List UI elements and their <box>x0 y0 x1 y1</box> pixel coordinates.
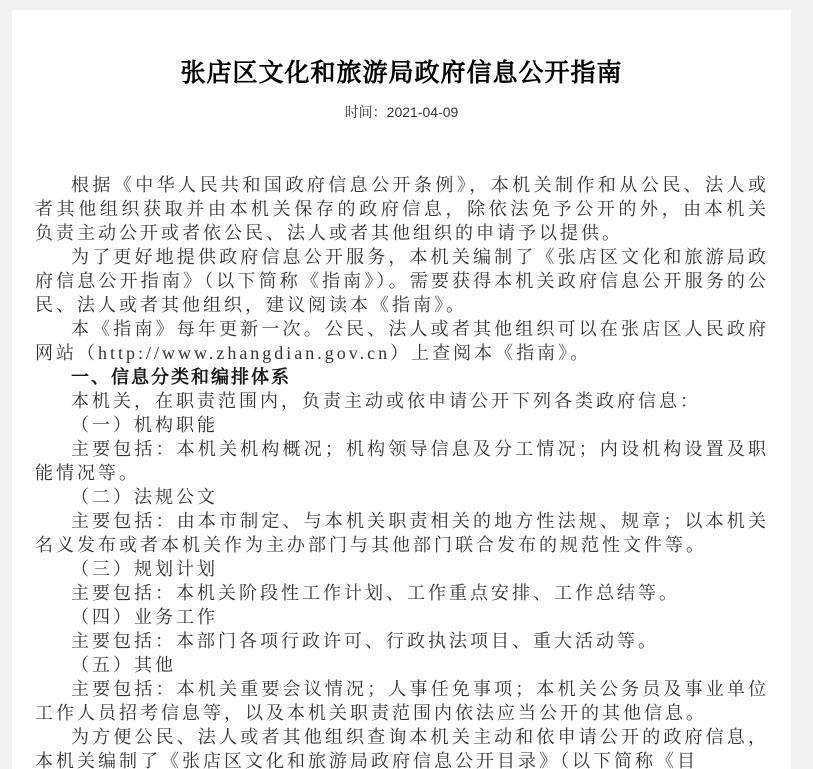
article-paragraph: 根据《中华人民共和国政府信息公开条例》，本机关制作和从公民、法人或者其他组织获取… <box>35 173 769 245</box>
section-heading-classification: 一、信息分类和编排体系 <box>35 365 769 389</box>
article-paragraph: 主要包括：本机关重要会议情况；人事任免事项；本机关公务员及事业单位工作人员招考信… <box>35 677 769 725</box>
article-paragraph: 主要包括：本部门各项行政许可、行政执法项目、重大活动等。 <box>35 629 769 653</box>
page-title: 张店区文化和旅游局政府信息公开指南 <box>12 10 791 87</box>
article-paragraph: 为了更好地提供政府信息公开服务，本机关编制了《张店区文化和旅游局政府信息公开指南… <box>35 245 769 317</box>
page-background: { "header": { "title": "张店区文化和旅游局政府信息公开指… <box>0 0 813 769</box>
article-paragraph: 主要包括：本机关机构概况；机构领导信息及分工情况；内设机构设置及职能情况等。 <box>35 437 769 485</box>
article-paragraph: （二）法规公文 <box>35 485 769 509</box>
article-body: 根据《中华人民共和国政府信息公开条例》，本机关制作和从公民、法人或者其他组织获取… <box>12 173 791 769</box>
article-paragraph: （五）其他 <box>35 653 769 677</box>
article-paragraph: 主要包括：由本市制定、与本机关职责相关的地方性法规、规章；以本机关名义发布或者本… <box>35 509 769 557</box>
article-paragraph: 主要包括：本机关阶段性工作计划、工作重点安排、工作总结等。 <box>35 581 769 605</box>
article-paragraph: （三）规划计划 <box>35 557 769 581</box>
article-date: 时间：2021-04-09 <box>12 104 791 120</box>
article-paragraph: 本《指南》每年更新一次。公民、法人或者其他组织可以在张店区人民政府网站（http… <box>35 317 769 365</box>
article-paragraph: （一）机构职能 <box>35 413 769 437</box>
article-paragraph: （四）业务工作 <box>35 605 769 629</box>
article-paragraph: 本机关，在职责范围内，负责主动或依申请公开下列各类政府信息： <box>35 389 769 413</box>
article-paragraph: 为方便公民、法人或者其他组织查询本机关主动和依申请公开的政府信息，本机关编制了《… <box>35 725 769 769</box>
article-card: 张店区文化和旅游局政府信息公开指南 时间：2021-04-09 根据《中华人民共… <box>12 10 791 769</box>
